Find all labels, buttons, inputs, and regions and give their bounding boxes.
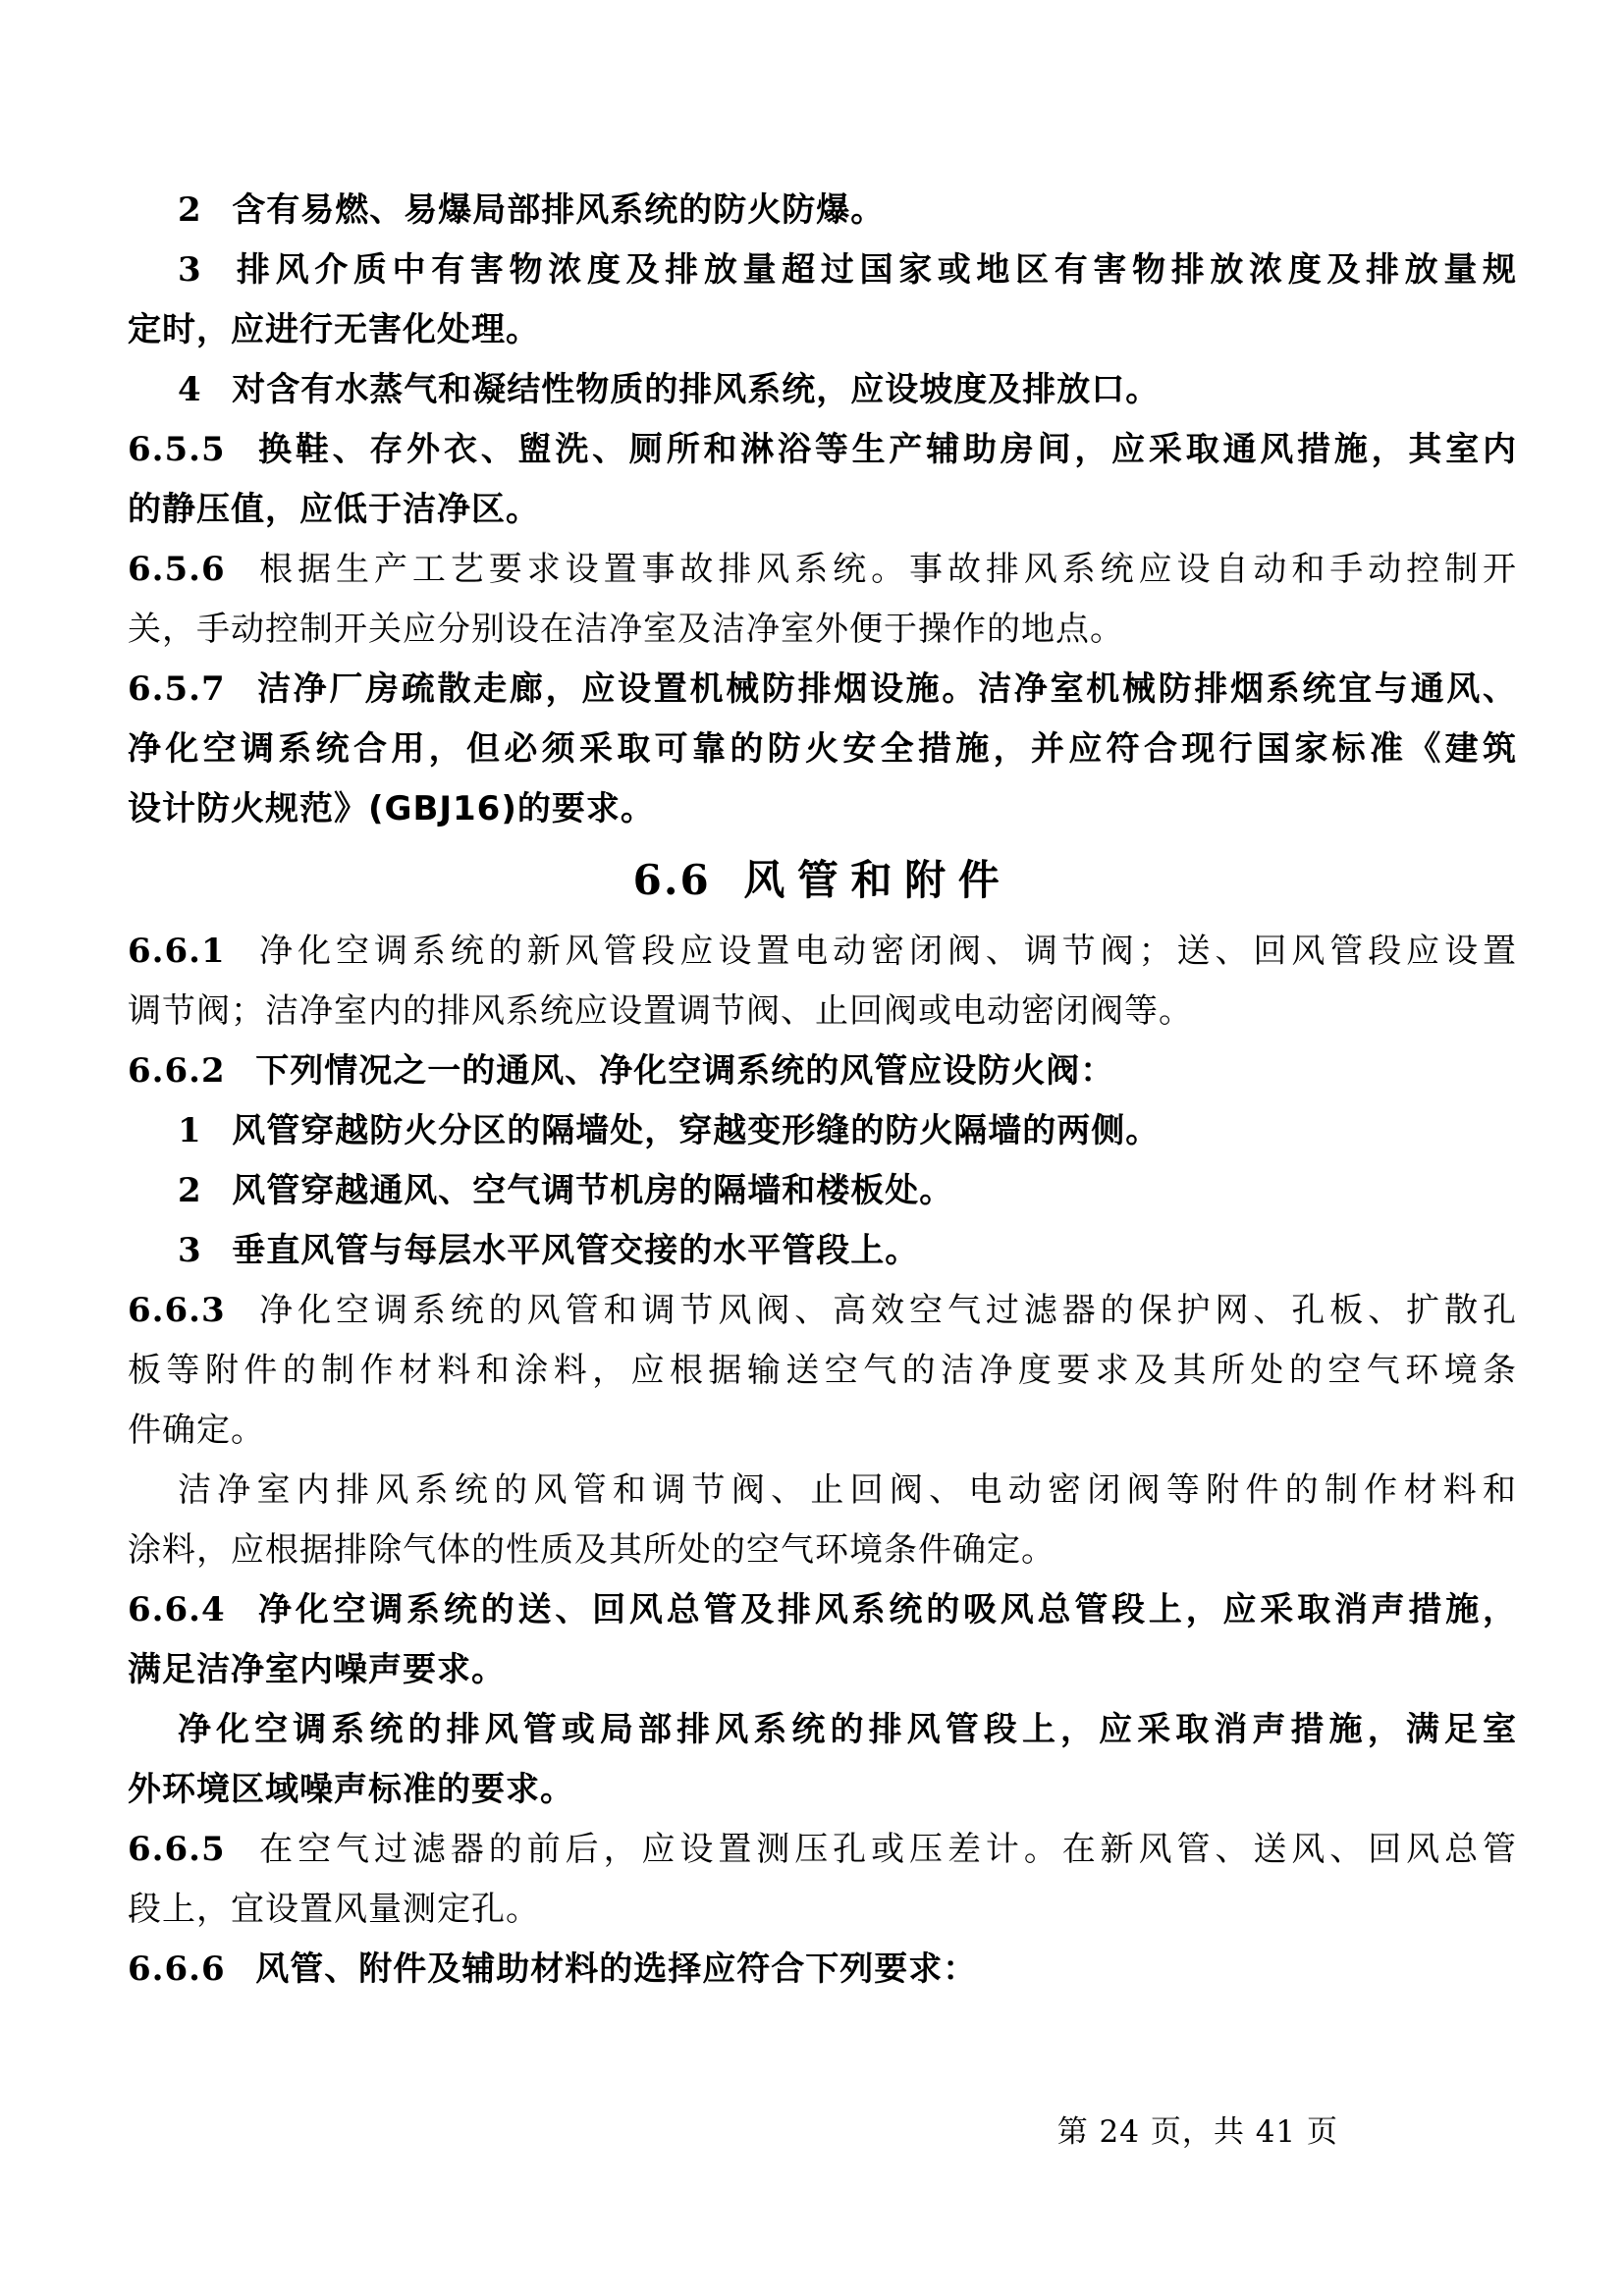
line-text: 风管穿越通风、空气调节机房的隔墙和楼板处。 <box>232 1171 953 1210</box>
text-line: 6.5.5换鞋、存外衣、盥洗、厕所和淋浴等生产辅助房间，应采取通风措施，其室内 <box>128 420 1517 480</box>
text-line: 板等附件的制作材料和涂料，应根据输送空气的洁净度要求及其所处的空气环境条 <box>128 1341 1517 1401</box>
text-line: 2含有易燃、易爆局部排风系统的防火防爆。 <box>128 181 1517 240</box>
line-text: 外环境区域噪声标准的要求。 <box>128 1770 574 1809</box>
text-line: 6.6.6风管、附件及辅助材料的选择应符合下列要求： <box>128 1940 1517 2000</box>
document-body: 2含有易燃、易爆局部排风系统的防火防爆。 3排风介质中有害物浓度及排放量超过国家… <box>128 181 1517 2000</box>
section-heading: 6.6风管和附件 <box>128 839 1517 922</box>
list-item-number: 4 <box>178 370 202 409</box>
line-text: 板等附件的制作材料和涂料，应根据输送空气的洁净度要求及其所处的空气环境条 <box>128 1351 1517 1390</box>
text-line: 的静压值，应低于洁净区。 <box>128 480 1517 540</box>
text-line: 6.5.6根据生产工艺要求设置事故排风系统。事故排风系统应设自动和手动控制开 <box>128 540 1517 600</box>
line-text: 净化空调系统的排风管或局部排风系统的排风管段上，应采取消声措施，满足室 <box>178 1710 1517 1749</box>
text-line: 6.6.1净化空调系统的新风管段应设置电动密闭阀、调节阀；送、回风管段应设置 <box>128 922 1517 982</box>
text-line: 3垂直风管与每层水平风管交接的水平管段上。 <box>128 1221 1517 1281</box>
text-line: 设计防火规范》(GBJ16)的要求。 <box>128 779 1517 839</box>
line-text: 洁净厂房疏散走廊，应设置机械防排烟设施。洁净室机械防排烟系统宜与通风、 <box>255 669 1517 709</box>
clause-number: 6.5.5 <box>128 430 226 469</box>
line-text: 在空气过滤器的前后，应设置测压孔或压差计。在新风管、送风、回风总管 <box>255 1830 1517 1869</box>
list-item-number: 1 <box>178 1111 202 1150</box>
list-item-number: 2 <box>178 1171 202 1210</box>
text-line: 4对含有水蒸气和凝结性物质的排风系统，应设坡度及排放口。 <box>128 360 1517 420</box>
text-line: 洁净室内排风系统的风管和调节阀、止回阀、电动密闭阀等附件的制作材料和 <box>128 1461 1517 1521</box>
line-text: 净化空调系统的新风管段应设置电动密闭阀、调节阀；送、回风管段应设置 <box>255 932 1517 971</box>
line-text: 件确定。 <box>128 1411 265 1450</box>
section-heading-number: 6.6 <box>633 856 711 904</box>
text-line: 6.6.2下列情况之一的通风、净化空调系统的风管应设防火阀： <box>128 1041 1517 1101</box>
text-line: 外环境区域噪声标准的要求。 <box>128 1760 1517 1820</box>
clause-number: 6.6.6 <box>128 1949 226 1989</box>
text-line: 1风管穿越防火分区的隔墙处，穿越变形缝的防火隔墙的两侧。 <box>128 1101 1517 1161</box>
list-item-number: 3 <box>178 250 202 290</box>
line-text: 下列情况之一的通风、净化空调系统的风管应设防火阀： <box>255 1051 1114 1091</box>
text-line: 6.5.7洁净厂房疏散走廊，应设置机械防排烟设施。洁净室机械防排烟系统宜与通风、 <box>128 660 1517 720</box>
line-text: 排风介质中有害物浓度及排放量超过国家或地区有害物排放浓度及排放量规 <box>232 250 1517 290</box>
clause-number: 6.5.7 <box>128 669 226 709</box>
line-text: 含有易燃、易爆局部排风系统的防火防爆。 <box>232 190 885 230</box>
line-text: 调节阀；洁净室内的排风系统应设置调节阀、止回阀或电动密闭阀等。 <box>128 991 1193 1031</box>
clause-number: 6.6.2 <box>128 1051 226 1091</box>
line-text: 段上，宜设置风量测定孔。 <box>128 1890 540 1929</box>
page-footer: 第 24 页，共 41 页 <box>1057 2110 1338 2154</box>
text-line: 段上，宜设置风量测定孔。 <box>128 1880 1517 1940</box>
clause-number: 6.5.6 <box>128 550 226 589</box>
line-text: 垂直风管与每层水平风管交接的水平管段上。 <box>232 1231 919 1270</box>
line-text: 设计防火规范》(GBJ16)的要求。 <box>128 789 655 828</box>
line-text: 根据生产工艺要求设置事故排风系统。事故排风系统应设自动和手动控制开 <box>255 550 1517 589</box>
line-text: 净化空调系统的风管和调节风阀、高效空气过滤器的保护网、孔板、扩散孔 <box>255 1291 1517 1330</box>
clause-number: 6.6.4 <box>128 1590 226 1629</box>
line-text: 净化空调系统合用，但必须采取可靠的防火安全措施，并应符合现行国家标准《建筑 <box>128 729 1517 769</box>
text-line: 2风管穿越通风、空气调节机房的隔墙和楼板处。 <box>128 1161 1517 1221</box>
clause-number: 6.6.1 <box>128 932 226 971</box>
document-page: 2含有易燃、易爆局部排风系统的防火防爆。 3排风介质中有害物浓度及排放量超过国家… <box>0 0 1623 2296</box>
line-text: 关，手动控制开关应分别设在洁净室及洁净室外便于操作的地点。 <box>128 610 1124 649</box>
section-heading-title: 风管和附件 <box>743 856 1011 904</box>
text-line: 6.6.5在空气过滤器的前后，应设置测压孔或压差计。在新风管、送风、回风总管 <box>128 1820 1517 1880</box>
text-line: 6.6.3净化空调系统的风管和调节风阀、高效空气过滤器的保护网、孔板、扩散孔 <box>128 1281 1517 1341</box>
text-line: 净化空调系统合用，但必须采取可靠的防火安全措施，并应符合现行国家标准《建筑 <box>128 720 1517 779</box>
line-text: 净化空调系统的送、回风总管及排风系统的吸风总管段上，应采取消声措施， <box>255 1590 1517 1629</box>
text-line: 6.6.4净化空调系统的送、回风总管及排风系统的吸风总管段上，应采取消声措施， <box>128 1580 1517 1640</box>
list-item-number: 2 <box>178 190 202 230</box>
text-line: 关，手动控制开关应分别设在洁净室及洁净室外便于操作的地点。 <box>128 600 1517 660</box>
line-text: 风管、附件及辅助材料的选择应符合下列要求： <box>255 1949 977 1989</box>
text-line: 定时，应进行无害化处理。 <box>128 300 1517 360</box>
line-text: 的静压值，应低于洁净区。 <box>128 490 540 529</box>
clause-number: 6.6.3 <box>128 1291 226 1330</box>
line-text: 换鞋、存外衣、盥洗、厕所和淋浴等生产辅助房间，应采取通风措施，其室内 <box>255 430 1517 469</box>
clause-number: 6.6.5 <box>128 1830 226 1869</box>
line-text: 涂料，应根据排除气体的性质及其所处的空气环境条件确定。 <box>128 1530 1055 1570</box>
text-line: 净化空调系统的排风管或局部排风系统的排风管段上，应采取消声措施，满足室 <box>128 1700 1517 1760</box>
line-text: 定时，应进行无害化处理。 <box>128 310 540 349</box>
text-line: 调节阀；洁净室内的排风系统应设置调节阀、止回阀或电动密闭阀等。 <box>128 982 1517 1041</box>
line-text: 风管穿越防火分区的隔墙处，穿越变形缝的防火隔墙的两侧。 <box>232 1111 1160 1150</box>
text-line: 涂料，应根据排除气体的性质及其所处的空气环境条件确定。 <box>128 1521 1517 1580</box>
line-text: 对含有水蒸气和凝结性物质的排风系统，应设坡度及排放口。 <box>232 370 1160 409</box>
text-line: 满足洁净室内噪声要求。 <box>128 1640 1517 1700</box>
line-text: 满足洁净室内噪声要求。 <box>128 1650 506 1689</box>
text-line: 3排风介质中有害物浓度及排放量超过国家或地区有害物排放浓度及排放量规 <box>128 240 1517 300</box>
text-line: 件确定。 <box>128 1401 1517 1461</box>
list-item-number: 3 <box>178 1231 202 1270</box>
line-text: 洁净室内排风系统的风管和调节阀、止回阀、电动密闭阀等附件的制作材料和 <box>178 1470 1517 1510</box>
